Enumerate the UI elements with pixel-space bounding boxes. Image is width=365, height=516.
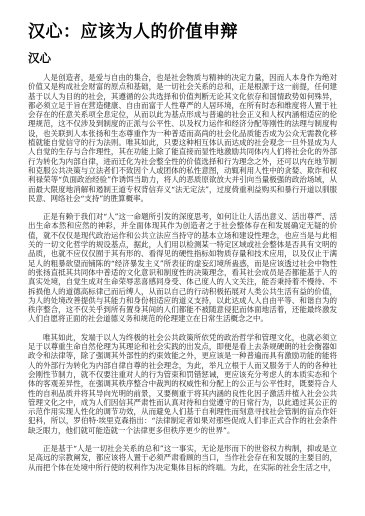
article-body: 人是创造者，是爱与自由的集合，也是社会物质与精神的决定力量，因而人本身作为绝对价… (28, 73, 337, 472)
article-paragraph-2: 正是有赖于我们对“人”这一命题所引发的深度思考，如何让让人活出意义、活出尊严、活… (28, 212, 337, 324)
article-paragraph-3: 唯其如此，发端于以人为终极的社会公共政策所依凭的政治哲学和管理文化，也就必须立足… (28, 333, 337, 435)
document-page: 汉心：应该为人的价值申辩 汉心 人是创造者，是爱与自由的集合，也是社会物质与精神… (0, 0, 365, 516)
article-author: 汉心 (28, 51, 337, 65)
article-paragraph-1: 人是创造者，是爱与自由的集合，也是社会物质与精神的决定力量，因而人本身作为绝对价… (28, 73, 337, 203)
article-title: 汉心：应该为人的价值申辩 (28, 22, 337, 42)
article-paragraph-4: 正是基于“人是一切社会关系的总和”这一事实，无论是形而下的世俗权力构制，抑或是立… (28, 444, 337, 472)
